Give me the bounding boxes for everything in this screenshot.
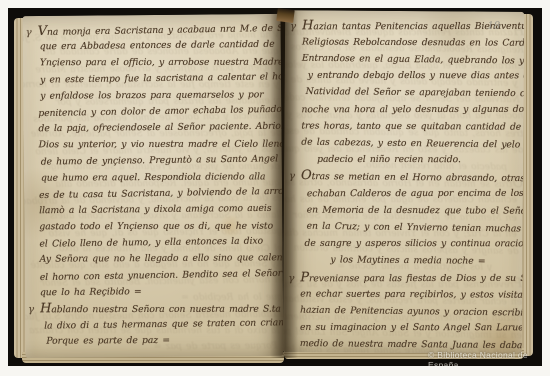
manuscript-line: γHablando nuestra Señora con nuestra mad… (40, 300, 283, 317)
manuscript-line: tres horas, tanto que se quitaban cantid… (301, 118, 523, 136)
manuscript-line: de la paja, ofreciendosele al Señor paci… (38, 119, 281, 138)
paragraph-mark-icon: γ (289, 169, 295, 186)
manuscript-line: γPrevenianse para las fiestas de Dios y … (300, 270, 522, 287)
bookmark-tab (276, 8, 294, 23)
manuscript-line: y en este tiempo fue la sacristana a cal… (38, 69, 281, 89)
manuscript-line: que lo ha Reçibido = (40, 283, 283, 302)
folio-number: 18 (487, 21, 500, 32)
paragraph-mark-icon: γ (288, 271, 294, 288)
manuscript-line: noche vna hora al yelo desnudas y alguna… (301, 102, 523, 119)
manuscript-line: de sangre y asperos silicios y continua … (301, 236, 523, 253)
page-right: γHazian tantas Penitencias aquellas Bien… (283, 10, 524, 354)
manuscript-line: Religiosas Rebolcandose desnudas en los … (302, 34, 524, 52)
library-watermark: © Biblioteca Nacional de España (428, 350, 542, 366)
manuscript-line: hazian de Penitencias ayunos y oracion e… (300, 302, 522, 322)
manuscript-line: de las cabezas, y esto en Reuerencia del… (301, 134, 523, 154)
manuscript-line: y entrando debajo dellos y nueve dias an… (302, 68, 524, 85)
manuscript-line: de humo de ynçienso. Preguntò a su Santo… (39, 151, 282, 171)
manuscript-line: padecio el niño recien nacido. (301, 152, 523, 169)
manuscript-text-left: γVna monja era Sacristana y acabaua nra … (23, 21, 284, 351)
manuscript-photo-frame: γVna monja era Sacristana y acabaua nra … (0, 0, 550, 376)
manuscript-line: en su imaginacion y el Santo Angel San L… (300, 320, 522, 337)
paragraph-mark-icon: γ (26, 25, 32, 42)
paragraph-mark-icon: γ (28, 302, 34, 318)
photo-backdrop: γVna monja era Sacristana y acabaua nra … (8, 8, 542, 366)
manuscript-line: en la Cruz; y con el Ynvierno tenian muc… (301, 218, 523, 238)
manuscript-line: Porque es parte de paz = (40, 333, 283, 351)
manuscript-line: echaban Calderos de agua por encima de l… (301, 186, 523, 203)
manuscript-line: llamò a la Sacristana y dixola amiga com… (39, 201, 282, 220)
manuscript-line: en Memoria de la desnudez que tubo el Se… (301, 202, 523, 220)
manuscript-line: Natividad del Señor se aparejaban tenien… (302, 84, 524, 103)
manuscript-line: y los Maytines a media noche = (300, 252, 522, 271)
manuscript-line: que era Abbadesa entonces de darle canti… (38, 37, 281, 56)
manuscript-line: en echar suertes para reçibirlos, y esto… (300, 286, 522, 304)
manuscript-text-right: γHazian tantas Penitencias aquellas Bien… (283, 17, 524, 354)
manuscript-line: γOtras se metian en el Horno abrasando, … (301, 168, 523, 187)
page-left: γVna monja era Sacristana y acabaua nra … (23, 14, 284, 358)
